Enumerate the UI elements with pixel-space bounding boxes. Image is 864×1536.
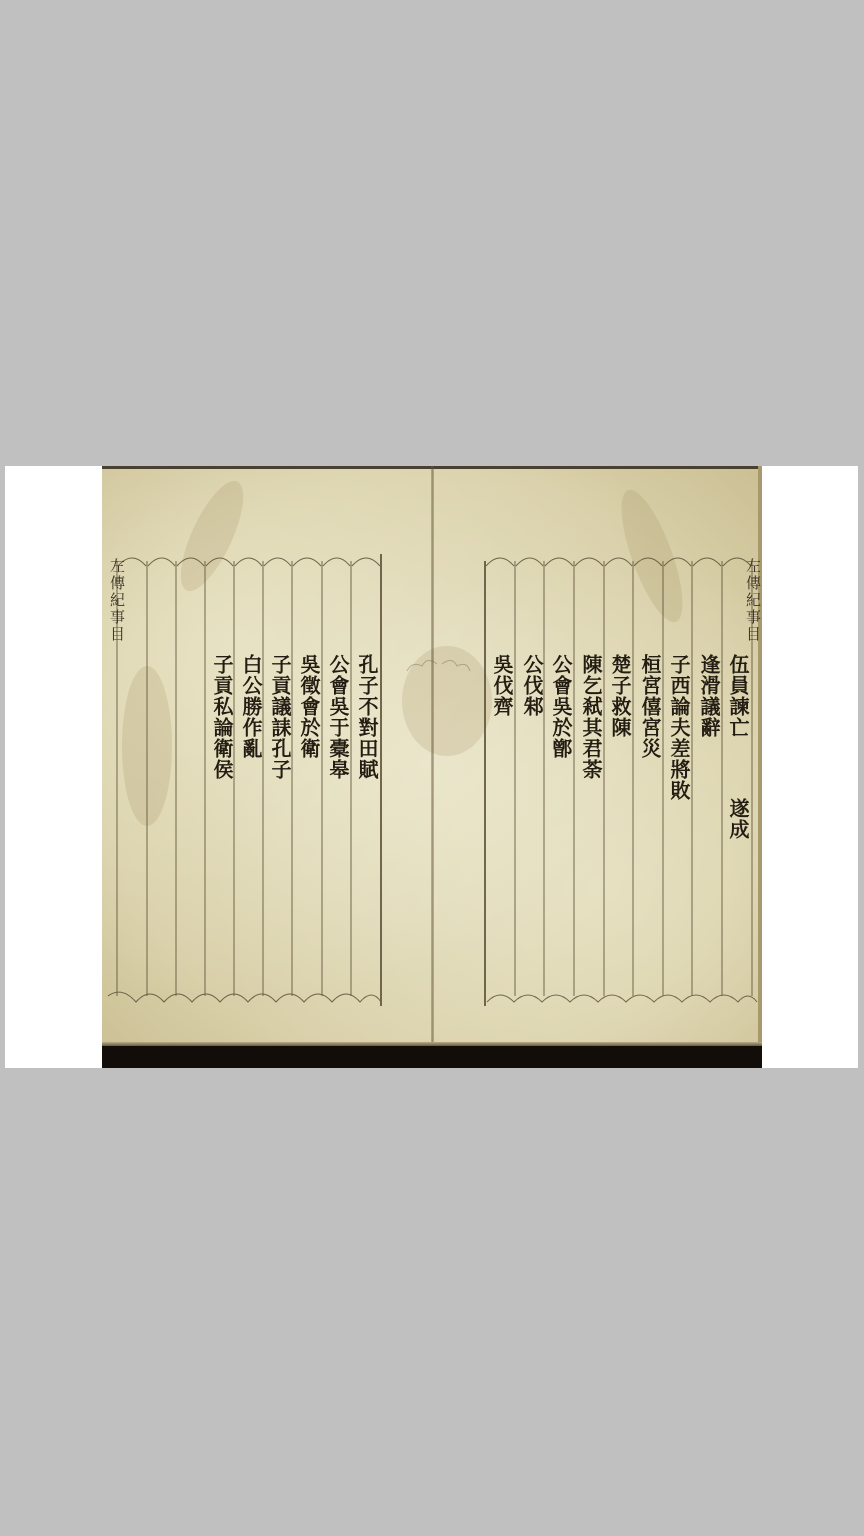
- ruled-columns: [102, 466, 762, 1046]
- right-margin-title: 左傳紀事目: [742, 558, 762, 643]
- toc-entry: 伍員諫亡 遂成: [727, 654, 749, 840]
- toc-entry: 吳伐齊: [491, 654, 513, 717]
- scan-bottom-band: [102, 1046, 762, 1068]
- toc-entry: 逢滑議辭: [698, 654, 720, 738]
- toc-entry: 子貢私論衛侯: [211, 654, 233, 780]
- toc-entry: 桓宮僖宮災: [639, 654, 661, 759]
- left-margin-title: 左傳紀事目: [106, 558, 128, 643]
- toc-entry: 孔子不對田賦: [356, 654, 378, 780]
- toc-entry: 子西論夫差將敗: [668, 654, 690, 801]
- toc-entry: 楚子救陳: [609, 654, 631, 738]
- toc-entry: 子貢議誄孔子: [269, 654, 291, 780]
- book-spread-scan: 左傳紀事目 左傳紀事目 伍員諫亡 遂成 逢滑議辭 子西論夫差將敗 桓宮僖宮災 楚…: [102, 466, 762, 1068]
- toc-entry: 吳徵會於衛: [298, 654, 320, 759]
- toc-entry: 公會吳于橐皋: [327, 654, 349, 780]
- toc-entry: 公會吳於鄫: [550, 654, 572, 759]
- toc-entry: 公伐邾: [521, 654, 543, 717]
- toc-entry: 陳乞弒其君荼: [580, 654, 602, 780]
- toc-entry: 白公勝作亂: [240, 654, 262, 759]
